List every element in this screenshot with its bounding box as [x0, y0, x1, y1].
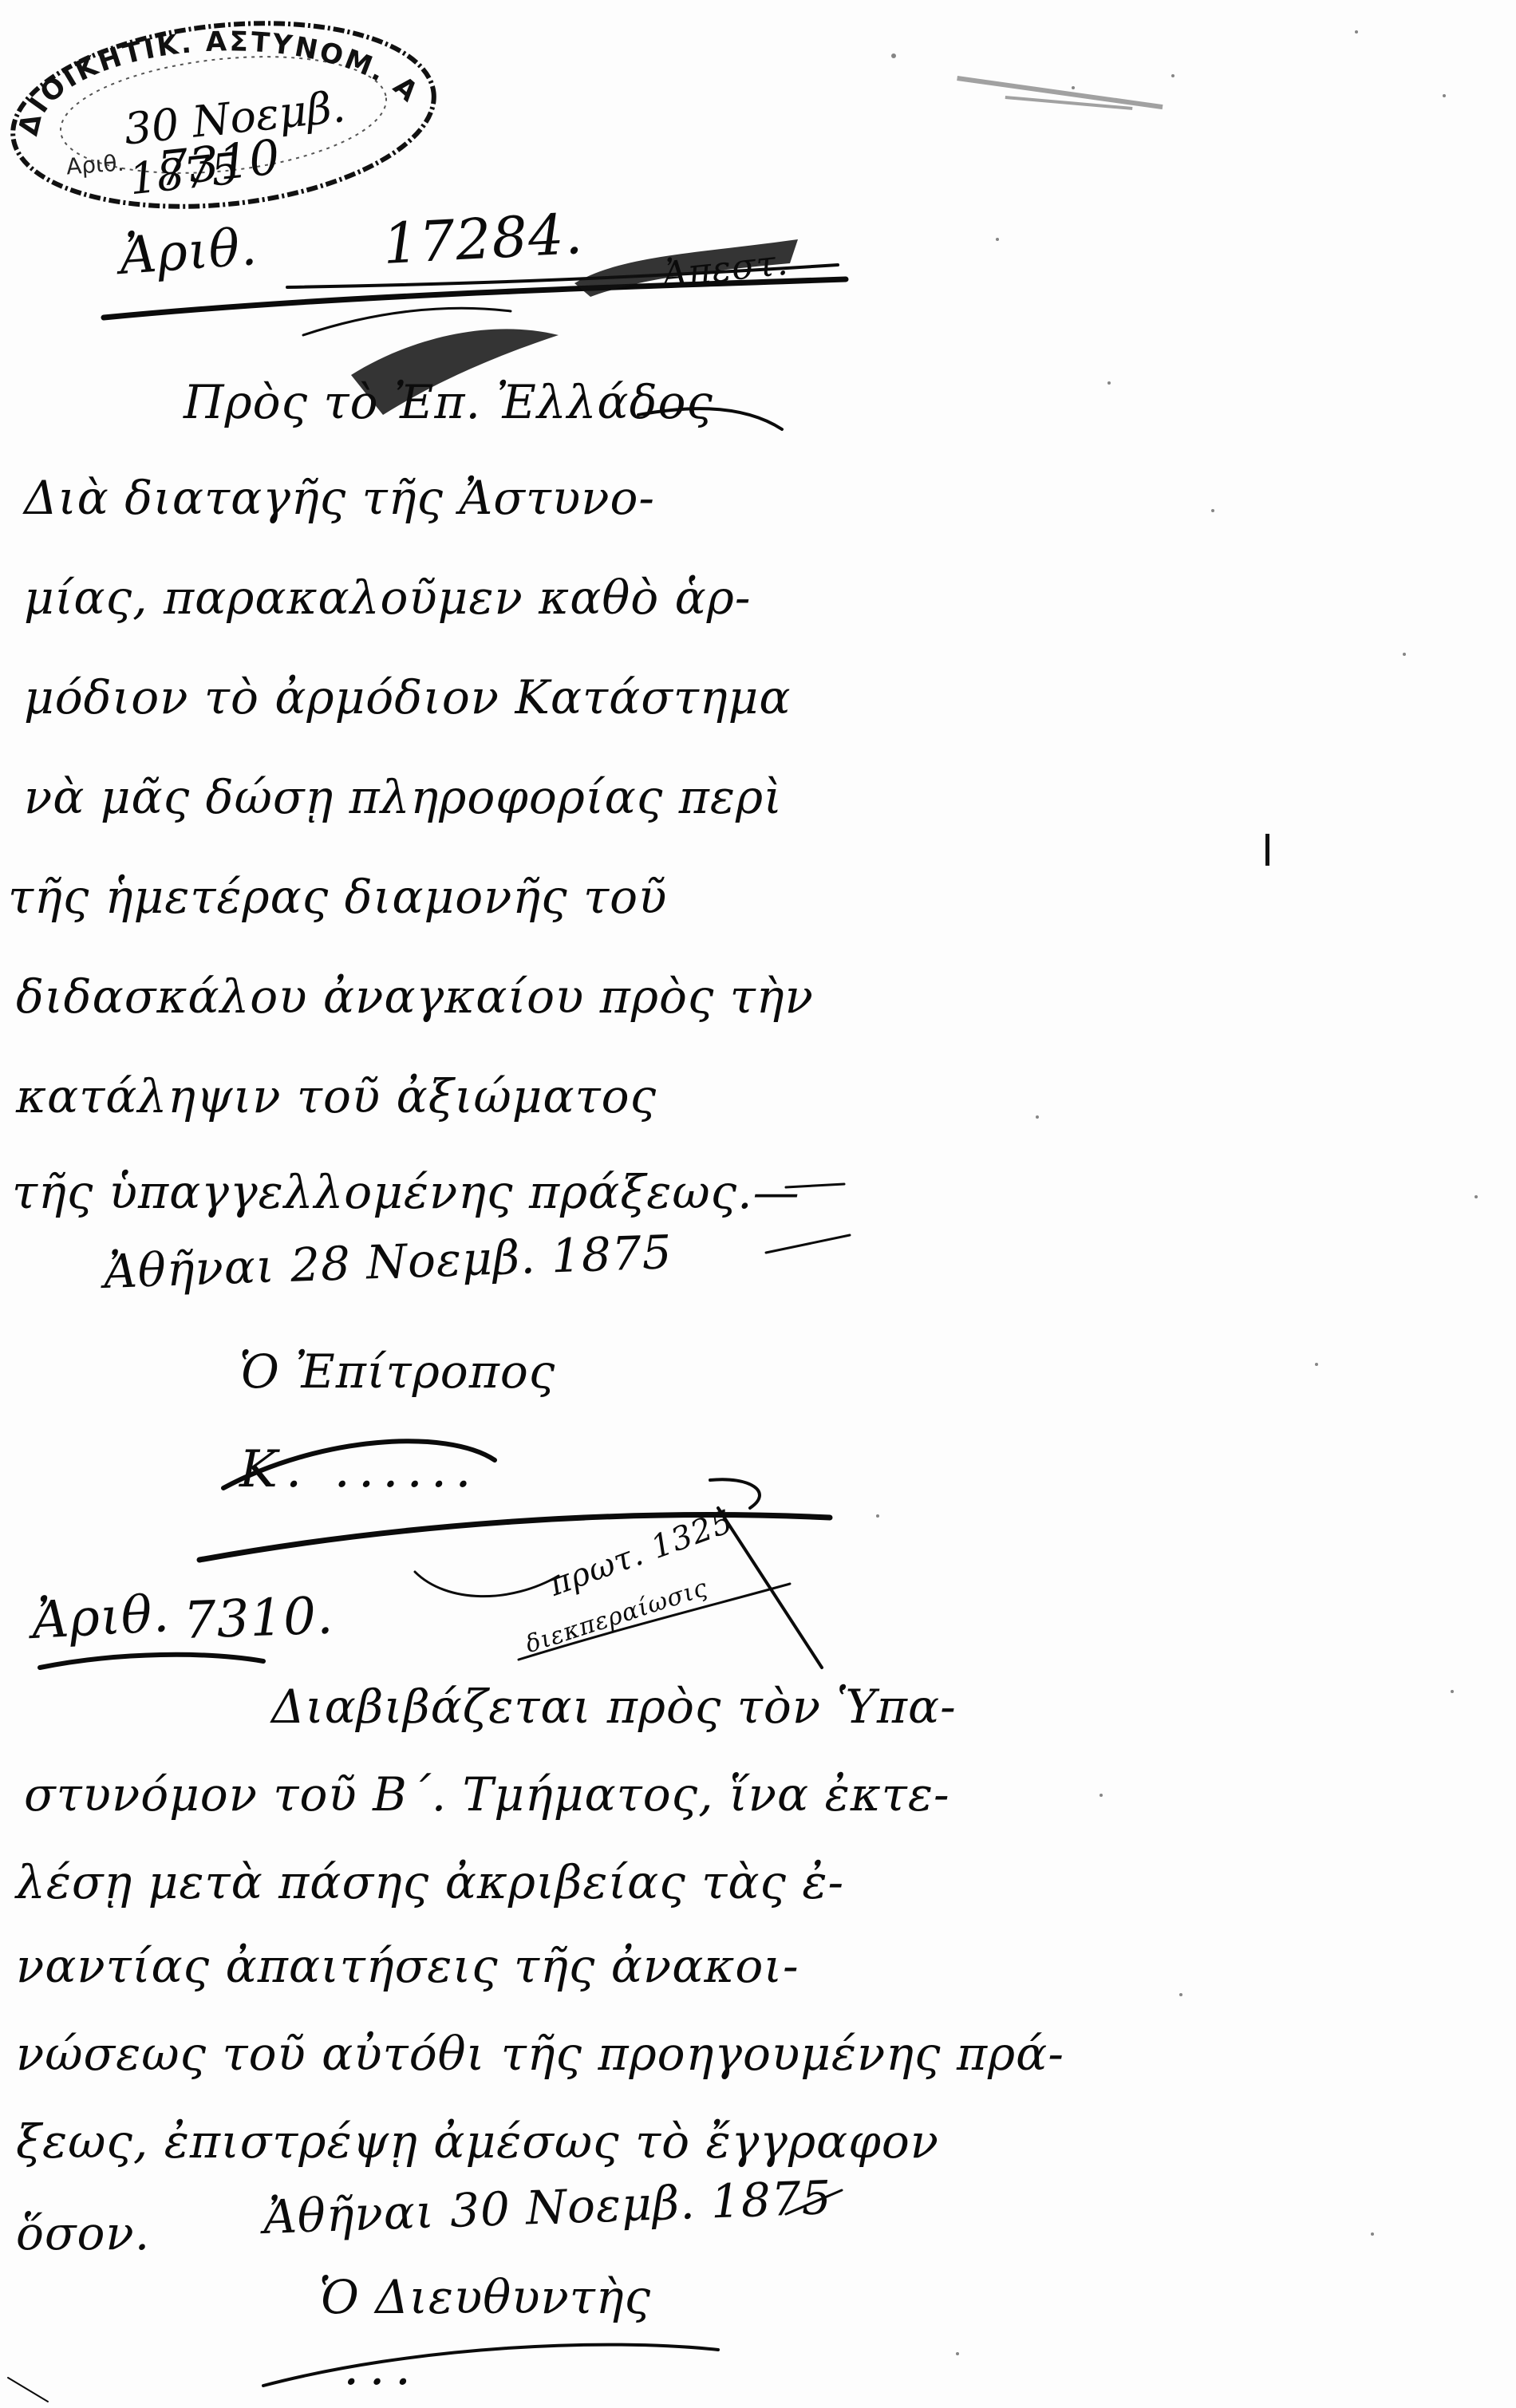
reply-line: Διαβιβάζεται πρὸς τὸν Ὑπα-: [271, 1680, 957, 1734]
police-stamp: ΔΙΟΙΚΗΤΙΚ. ΑΣΤΥΝΟΜ. ΑΘΗΝ. 30 Νοεμβ. 1875…: [6, 18, 441, 209]
stamp-number-label: Αριθ.: [65, 150, 125, 180]
reply-ref-label: Ἀριθ.: [30, 1585, 171, 1651]
reply-line: λέσῃ μετὰ πάσης ἀκριβείας τὰς ἐ-: [16, 1855, 844, 1909]
letter-line: μίας, παρακαλοῦμεν καθὸ ἁρ-: [24, 570, 752, 625]
letter-line: Διὰ διαταγῆς τῆς Ἀστυνο-: [24, 471, 655, 525]
letter-line: διδασκάλου ἀναγκαίου πρὸς τὴν: [16, 969, 814, 1024]
header-margin-note: Ἀπεστ.: [660, 243, 790, 296]
letter-line: τῆς ἡμετέρας διαμονῆς τοῦ: [8, 870, 667, 924]
reply-ref-number: 7310.: [183, 1586, 335, 1651]
letter-place-date: Ἀθῆναι 28 Νοεμβ. 1875: [103, 1225, 673, 1299]
letter-line: μόδιον τὸ ἀρμόδιον Κατάστημα: [24, 670, 792, 724]
header-ref-number: 17284.: [381, 201, 585, 277]
reply-closing-title: Ὁ Διευθυντὴς: [319, 2270, 651, 2324]
reply-line: ναντίας ἀπαιτήσεις τῆς ἀνακοι-: [16, 1939, 799, 1993]
letter-signature: Κ. ......: [239, 1440, 480, 1499]
reply-place-date: Ἀθῆναι 30 Νοεμβ. 1875: [263, 2170, 833, 2244]
letter-line: νὰ μᾶς δώσῃ πληροφορίας περὶ: [24, 770, 783, 824]
letter-salutation: Πρὸς τὸ Ἐπ. Ἐλλάδος: [184, 375, 713, 429]
reply-margin-note-top: πρωτ. 1325: [544, 1503, 738, 1604]
reply-line: ξεως, ἐπιστρέψῃ ἀμέσως τὸ ἔγγραφον: [16, 2114, 939, 2169]
reply-line: στυνόμον τοῦ Β΄. Τμήματος, ἵνα ἐκτε-: [24, 1767, 950, 1822]
reply-signature: ...: [343, 2338, 420, 2397]
letter-line: τῆς ὑπαγγελλομένης πράξεως.—: [12, 1165, 800, 1219]
header-ref-label: Ἀριθ.: [117, 218, 259, 286]
letter-closing-title: Ὁ Ἐπίτροπος: [239, 1344, 555, 1399]
reply-line: νώσεως τοῦ αὐτόθι τῆς προηγουμένης πρά-: [16, 2027, 1064, 2081]
scanned-document-page: ΔΙΟΙΚΗΤΙΚ. ΑΣΤΥΝΟΜ. ΑΘΗΝ. 30 Νοεμβ. 1875…: [0, 0, 1516, 2408]
letter-line: κατάληψιν τοῦ ἀξιώματος: [16, 1069, 657, 1123]
reply-line: ὅσον.: [16, 2206, 150, 2260]
